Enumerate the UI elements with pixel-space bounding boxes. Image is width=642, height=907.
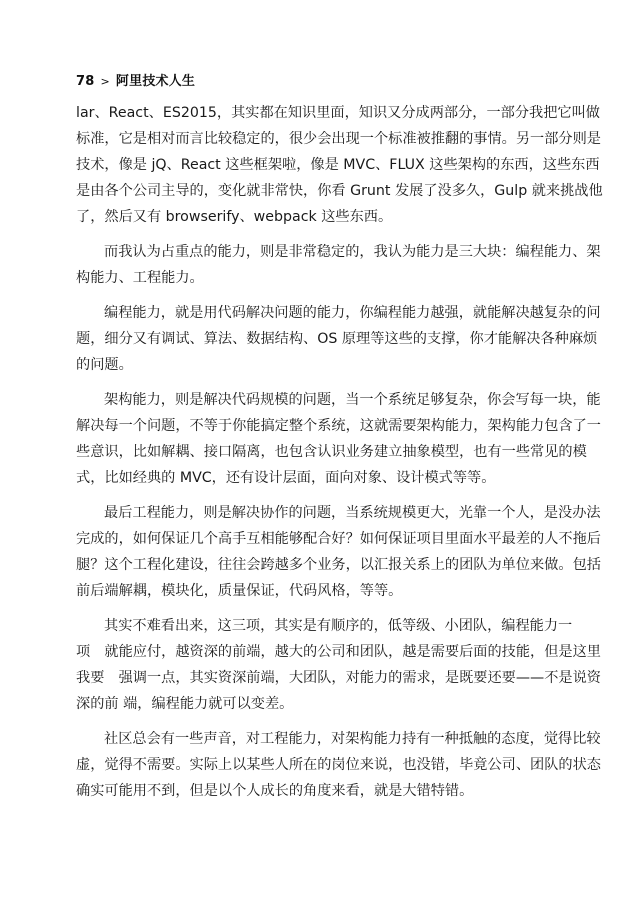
text-line: 架构能力，则是解决代码规模的问题，当一个系统足够复杂，你会写每一块，能 [76, 387, 566, 413]
text-line: 标准，它是相对而言比较稳定的，很少会出现一个标准被推翻的事情。另一部分则是 [76, 126, 566, 152]
text-line: 解决每一个问题，不等于你能搞定整个系统，这就需要架构能力，架构能力包含了一 [76, 413, 566, 439]
text-line: 社区总会有一些声音，对工程能力，对架构能力持有一种抵触的态度，觉得比较 [76, 726, 566, 752]
text-line: 项 就能应付，越资深的前端，越大的公司和团队，越是需要后面的技能，但是这里 [76, 639, 566, 665]
text-line: 式，比如经典的 MVC，还有设计层面，面向对象、设计模式等等。 [76, 465, 566, 491]
text-line: 的问题。 [76, 352, 566, 378]
text-line: lar、React、ES2015，其实都在知识里面，知识又分成两部分，一部分我把… [76, 100, 566, 126]
text-line: 是由各个公司主导的，变化就非常快，你看 Grunt 发展了没多久，Gulp 就来… [76, 178, 566, 204]
paragraph-2: 而我认为占重点的能力，则是非常稳定的，我认为能力是三大块：编程能力、架 构能力、… [76, 239, 566, 291]
paragraph-7: 社区总会有一些声音，对工程能力，对架构能力持有一种抵触的态度，觉得比较 虚，觉得… [76, 726, 566, 804]
text-line: 其实不难看出来，这三项，其实是有顺序的，低等级、小团队，编程能力一 [76, 613, 566, 639]
paragraph-3: 编程能力，就是用代码解决问题的能力，你编程能力越强，就能解决越复杂的问 题，细分… [76, 300, 566, 378]
text-line: 了，然后又有 browserify、webpack 这些东西。 [76, 204, 566, 230]
text-line: 我要 强调一点，其实资深前端，大团队，对能力的需求，是既要还要——不是说资 [76, 665, 566, 691]
text-line: 技术，像是 jQ、React 这些框架啦，像是 MVC、FLUX 这些架构的东西… [76, 152, 566, 178]
paragraph-4: 架构能力，则是解决代码规模的问题，当一个系统足够复杂，你会写每一块，能 解决每一… [76, 387, 566, 491]
paragraph-6: 其实不难看出来，这三项，其实是有顺序的，低等级、小团队，编程能力一 项 就能应付… [76, 613, 566, 717]
text-line: 前后端解耦，模块化，质量保证，代码风格，等等。 [76, 578, 566, 604]
paragraph-1: lar、React、ES2015，其实都在知识里面，知识又分成两部分，一部分我把… [76, 100, 566, 230]
text-line: 腿？这个工程化建设，往往会跨越多个业务，以汇报关系上的团队为单位来做。包括 [76, 552, 566, 578]
text-line: 确实可能用不到，但是以个人成长的角度来看，就是大错特错。 [76, 778, 566, 804]
running-header: 78>阿里技术人生 [76, 70, 195, 89]
header-separator: > [101, 75, 110, 88]
text-line: 些意识，比如解耦、接口隔离，也包含认识业务建立抽象模型，也有一些常见的模 [76, 439, 566, 465]
text-line: 编程能力，就是用代码解决问题的能力，你编程能力越强，就能解决越复杂的问 [76, 300, 566, 326]
text-line: 而我认为占重点的能力，则是非常稳定的，我认为能力是三大块：编程能力、架 [76, 239, 566, 265]
page-body: lar、React、ES2015，其实都在知识里面，知识又分成两部分，一部分我把… [76, 100, 566, 813]
text-line: 深的前 端，编程能力就可以变差。 [76, 691, 566, 717]
paragraph-5: 最后工程能力，则是解决协作的问题，当系统规模更大，光靠一个人，是没办法 完成的，… [76, 500, 566, 604]
page-number: 78 [76, 74, 95, 89]
text-line: 最后工程能力，则是解决协作的问题，当系统规模更大，光靠一个人，是没办法 [76, 500, 566, 526]
text-line: 构能力、工程能力。 [76, 265, 566, 291]
text-line: 虚，觉得不需要。实际上以某些人所在的岗位来说，也没错，毕竟公司、团队的状态 [76, 752, 566, 778]
book-title: 阿里技术人生 [116, 74, 195, 89]
text-line: 完成的，如何保证几个高手互相能够配合好？如何保证项目里面水平最差的人不拖后 [76, 526, 566, 552]
text-line: 题，细分又有调试、算法、数据结构、OS 原理等这些的支撑，你才能解决各种麻烦 [76, 326, 566, 352]
